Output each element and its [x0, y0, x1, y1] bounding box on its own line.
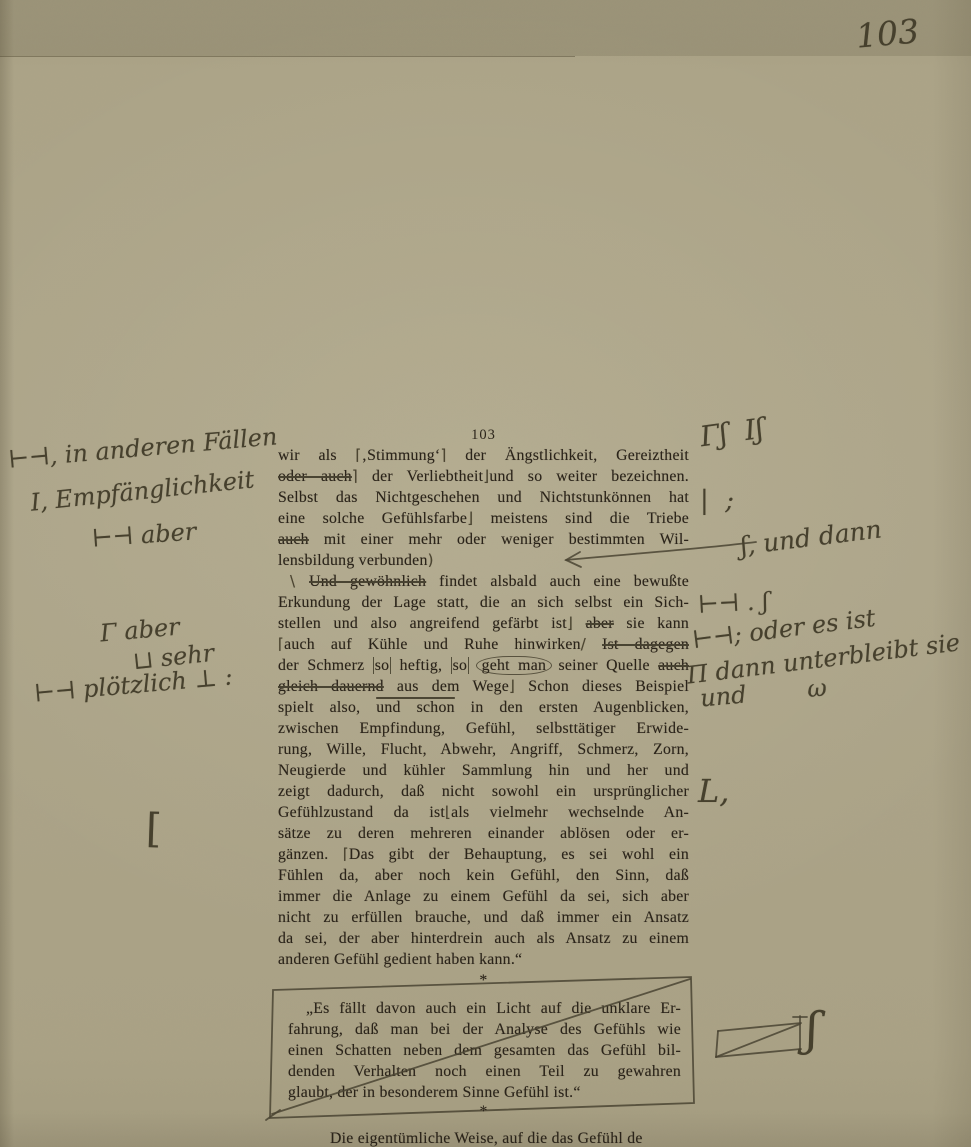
text-line: eine solche Gefühlsfarbe⌋ meistens sind … — [278, 508, 689, 529]
text-line: der Schmerz so heftig, so geht man seine… — [278, 655, 689, 676]
text-line: Selbst das Nichtgeschehen und Nichtstunk… — [278, 487, 689, 508]
text-line: gänzen. ⌈Das gibt der Behauptung, es sei… — [278, 844, 689, 865]
handwritten-page-number: 103 — [854, 11, 920, 55]
boxed-quotation: „Es fällt davon auch ein Licht auf die u… — [288, 998, 681, 1103]
margin-note-aber-1: ⊢⊣ aber — [91, 517, 197, 552]
text-line: anderen Gefühl gedient haben kann.“ — [278, 949, 689, 970]
text-line: stellen und also angreifend gefärbt ist⌋… — [278, 613, 689, 634]
margin-note-aber-2: Γ aber — [99, 613, 181, 648]
text-line: * — [278, 970, 689, 991]
text-line: einen Schatten neben dem gesamten das Ge… — [288, 1040, 681, 1061]
text-line: oder auch⌉ der Verliebtheit⌋und so weite… — [278, 466, 689, 487]
text-line: fahrung, daß man bei der Analyse des Gef… — [288, 1019, 681, 1040]
text-line: sätze zu deren mehreren einander ablösen… — [278, 823, 689, 844]
text-line: Erkundung der Lage statt, die an sich se… — [278, 592, 689, 613]
next-paragraph-partial-line: Die eigentümliche Weise, auf die das Gef… — [278, 1130, 698, 1147]
text-line: spielt also, und schon in den ersten Aug… — [278, 697, 689, 718]
margin-stroke-semicolon: | ; — [700, 486, 734, 516]
text-line: immer die Anlage zu einem Gefühl da sei,… — [278, 886, 689, 907]
text-line: da sei, der aber hinterdrein auch als An… — [278, 928, 689, 949]
margin-note-empfaenglichkeit: I, Empfänglichkeit — [29, 465, 255, 516]
text-line: ⌈auch auf Kühle und Ruhe hinwirken/ Ist … — [278, 634, 689, 655]
text-line: zeigt dadurch, daß nicht sowohl ein ursp… — [278, 781, 689, 802]
text-line: wir als ⌈‚Stimmung‘⌉ der Ängstlichkeit, … — [278, 445, 689, 466]
text-line: Neugierde und kühler Sammlung hin und he… — [278, 760, 689, 781]
margin-esh-mark: ʃ — [806, 1002, 819, 1056]
text-line: Fühlen da, aber noch kein Gefühl, den Si… — [278, 865, 689, 886]
text-line: „Es fällt davon auch ein Licht auf die u… — [288, 998, 681, 1019]
text-line: rung, Wille, Flucht, Abwehr, Angriff, Sc… — [278, 739, 689, 760]
text-line: nicht zu erfüllen brauche, und daß immer… — [278, 907, 689, 928]
margin-mark-h-dot: ⊢⊣ . ʃ — [697, 587, 769, 619]
text-line: zwischen Empfindung, Gefühl, selbsttätig… — [278, 718, 689, 739]
text-line: glaubt, der in besonderem Sinne Gefühl i… — [288, 1082, 681, 1103]
manuscript-page: 103 103 wir als ⌈‚Stimmung‘⌉ der Ängstli… — [0, 0, 971, 1147]
text-line: Gefühlzustand da ist⌊als vielmehr wechse… — [278, 802, 689, 823]
margin-note-und-dann: ʃ, und dann — [739, 514, 883, 560]
text-line: denden Verhalten noch einen Teil zu gewa… — [288, 1061, 681, 1082]
text-line: gleich dauernd aus dem Wege⌋ Schon diese… — [278, 676, 689, 697]
margin-bracket-mark: [ — [145, 806, 162, 853]
text-line: \ Und gewöhnlich findet alsbald auch ein… — [278, 571, 689, 592]
fold-crease-line — [0, 56, 575, 57]
printed-text-column: 103 wir als ⌈‚Stimmung‘⌉ der Ängstlichke… — [278, 426, 689, 991]
text-line: auch mit einer mehr oder weniger bestimm… — [278, 529, 689, 550]
separator-star-bottom: * — [278, 1103, 689, 1121]
margin-mark-l-comma: L, — [698, 772, 729, 810]
crossed-box-icon — [716, 1016, 807, 1057]
text-line: lensbildung verbunden) — [278, 550, 689, 571]
main-text-lines: wir als ⌈‚Stimmung‘⌉ der Ängstlichkeit, … — [278, 445, 689, 991]
margin-sigla-marks: Γʃ Ιʃ — [698, 412, 765, 454]
printed-page-number: 103 — [278, 426, 689, 445]
page-top-edge — [0, 0, 971, 56]
